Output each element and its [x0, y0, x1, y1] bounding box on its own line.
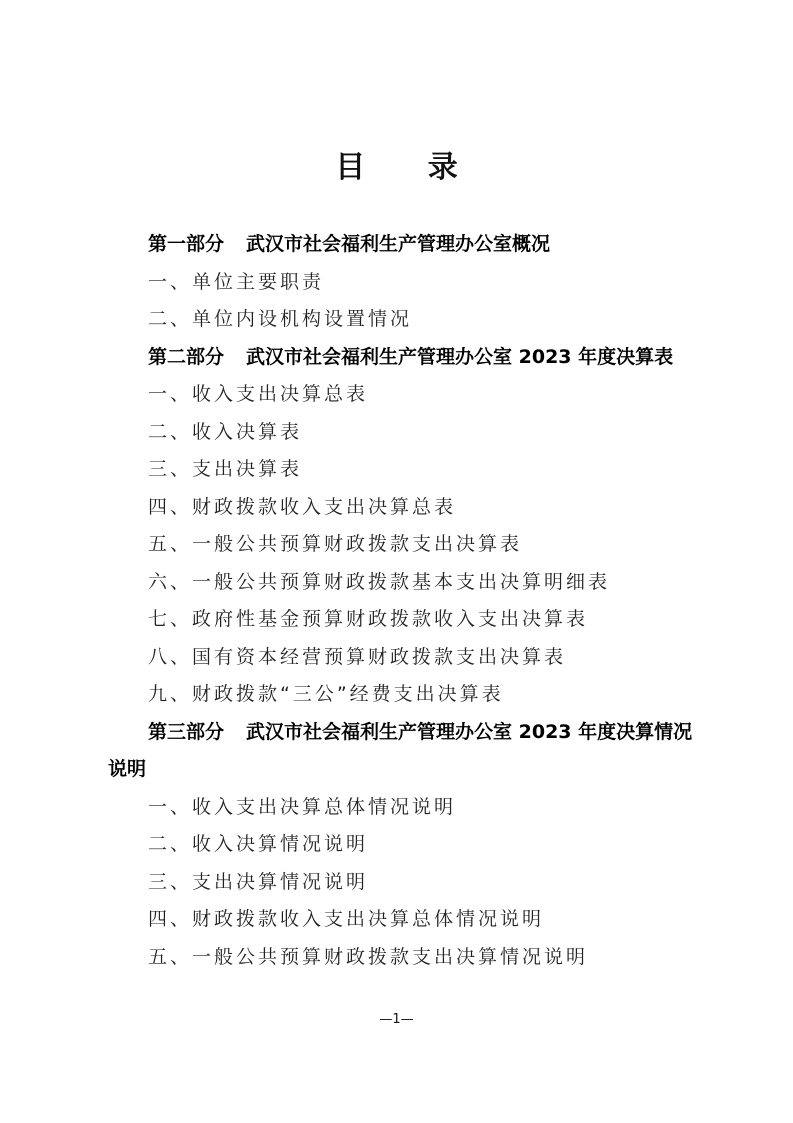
toc-item[interactable]: 一、收入支出决算总表: [108, 376, 698, 414]
toc-item[interactable]: 一、收入支出决算总体情况说明: [108, 789, 698, 827]
toc-item[interactable]: 三、支出决算情况说明: [108, 864, 698, 902]
part-title: 武汉市社会福利生产管理办公室 2023 年度决算表: [246, 346, 673, 368]
page-title: 目 录: [0, 142, 793, 186]
toc-item[interactable]: 一、单位主要职责: [108, 264, 698, 302]
toc-item[interactable]: 二、收入决算表: [108, 414, 698, 452]
part-title: 武汉市社会福利生产管理办公室概况: [246, 233, 550, 255]
part-label: 第一部分: [148, 233, 224, 255]
toc-item[interactable]: 二、收入决算情况说明: [108, 826, 698, 864]
toc-item[interactable]: 九、财政拨款“三公”经费支出决算表: [108, 676, 698, 714]
toc-part-1-heading[interactable]: 第一部分武汉市社会福利生产管理办公室概况: [108, 226, 698, 264]
part-label: 第三部分: [148, 721, 224, 743]
toc-item[interactable]: 七、政府性基金预算财政拨款收入支出决算表: [108, 601, 698, 639]
toc-item[interactable]: 八、国有资本经营预算财政拨款支出决算表: [108, 639, 698, 677]
page-number: —1—: [0, 1012, 793, 1027]
toc-item[interactable]: 六、一般公共预算财政拨款基本支出决算明细表: [108, 564, 698, 602]
toc-item[interactable]: 五、一般公共预算财政拨款支出决算情况说明: [108, 939, 698, 977]
toc-item[interactable]: 二、单位内设机构设置情况: [108, 301, 698, 339]
toc-item[interactable]: 四、财政拨款收入支出决算总表: [108, 489, 698, 527]
part-label: 第二部分: [148, 346, 224, 368]
toc-part-2-heading[interactable]: 第二部分武汉市社会福利生产管理办公室 2023 年度决算表: [108, 339, 698, 377]
toc-part-3-heading[interactable]: 第三部分武汉市社会福利生产管理办公室 2023 年度决算情况说明: [108, 714, 698, 789]
toc-item[interactable]: 五、一般公共预算财政拨款支出决算表: [108, 526, 698, 564]
toc-item[interactable]: 三、支出决算表: [108, 451, 698, 489]
toc-item[interactable]: 四、财政拨款收入支出决算总体情况说明: [108, 901, 698, 939]
table-of-contents: 第一部分武汉市社会福利生产管理办公室概况 一、单位主要职责 二、单位内设机构设置…: [108, 226, 698, 976]
